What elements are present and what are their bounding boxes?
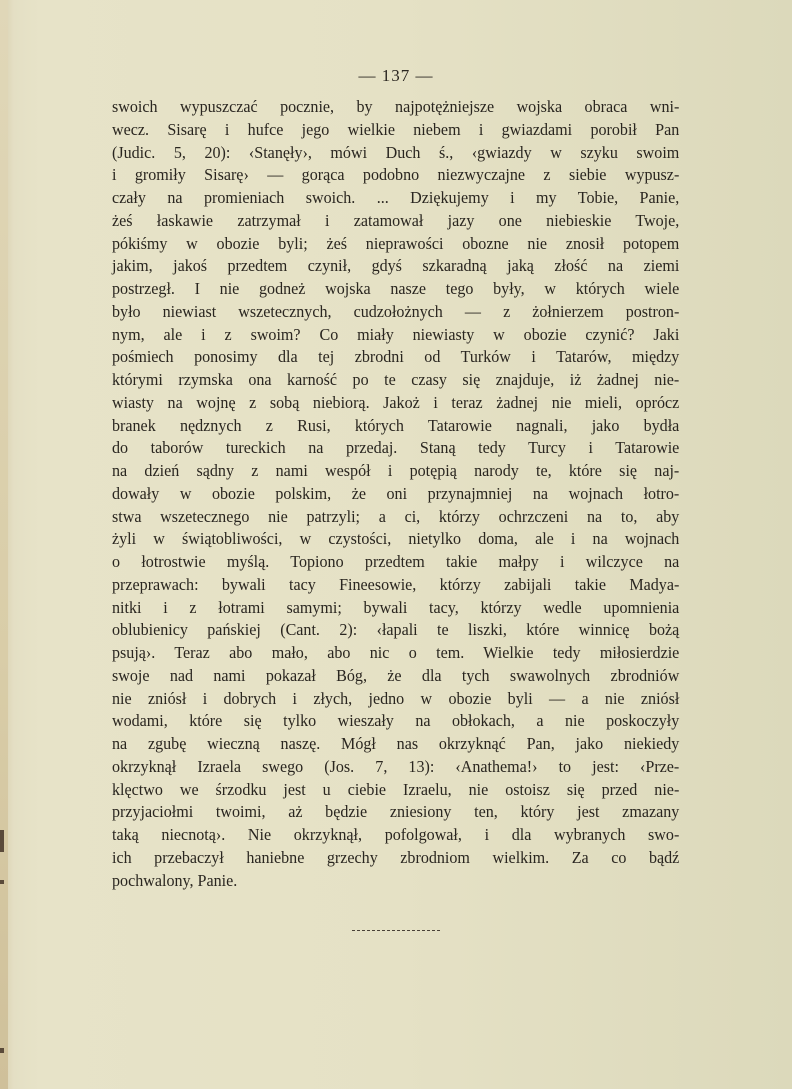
- text-line: wecz. Sisarę i hufce jego wielkie niebem…: [112, 119, 679, 142]
- edge-mark: [0, 880, 4, 884]
- text-line: ich przebaczył haniebne grzechy zbrodnio…: [112, 847, 679, 870]
- text-line: dowały w obozie polskim, że oni przynajm…: [112, 483, 679, 506]
- text-line: klęctwo we śrzodku jest u ciebie Izraelu…: [112, 779, 679, 802]
- text-line: jakim, jakoś przedtem czynił, gdyś szkar…: [112, 255, 679, 278]
- text-line: żeś łaskawie zatrzymał i zatamował jazy …: [112, 210, 679, 233]
- edge-mark: [0, 1048, 4, 1053]
- text-line: na dzień sądny z nami wespół i potępią n…: [112, 460, 679, 483]
- text-line: którymi rzymska ona karność po te czasy …: [112, 369, 679, 392]
- text-line: przeprawach: bywali tacy Fineesowie, któ…: [112, 574, 679, 597]
- scanned-page: — 137 — swoich wypuszczać pocznie, by na…: [0, 0, 792, 1089]
- text-line-last: pochwalony, Panie.: [112, 870, 679, 893]
- text-line: żyli w świątobliwości, w czystości, niet…: [112, 528, 679, 551]
- text-line: oblubienicy pańskiej (Cant. 2): ‹łapali …: [112, 619, 679, 642]
- text-line: psują›. Teraz abo mało, abo nic o tem. W…: [112, 642, 679, 665]
- text-line: okrzyknął Izraela swego (Jos. 7, 13): ‹A…: [112, 756, 679, 779]
- text-line: nitki i z łotrami samymi; bywali tacy, k…: [112, 597, 679, 620]
- text-line: na zgubę wieczną naszę. Mógł nas okrzykn…: [112, 733, 679, 756]
- text-line: pókiśmy w obozie byli; żeś nieprawości o…: [112, 233, 679, 256]
- edge-mark: [0, 830, 4, 852]
- text-line: i gromiły Sisarę› — gorąca podobno niezw…: [112, 164, 679, 187]
- text-line: o łotrostwie myślą. Topiono przedtem tak…: [112, 551, 679, 574]
- text-line: nie zniósł i dobrych i złych, jedno w ob…: [112, 688, 679, 711]
- text-line: taką niecnotą›. Nie okrzyknął, pofolgowa…: [112, 824, 679, 847]
- section-separator: [352, 930, 440, 931]
- text-line: wiasty na wojnę z sobą niebiorą. Jakoż i…: [112, 392, 679, 415]
- text-line: branek nędznych z Rusi, których Tatarowi…: [112, 415, 679, 438]
- text-line: (Judic. 5, 20): ‹Stanęły›, mówi Duch ś.,…: [112, 142, 679, 165]
- text-line: pośmiech ponosimy dla tej zbrodni od Tur…: [112, 346, 679, 369]
- text-line: nym, ale i z swoim? Co miały niewiasty w…: [112, 324, 679, 347]
- page-binding-edge: [0, 0, 8, 1089]
- text-line: do taborów tureckich na przedaj. Staną t…: [112, 437, 679, 460]
- text-line: swoje nad nami pokazał Bóg, że dla tych …: [112, 665, 679, 688]
- text-line: przyjacioł​mi twoimi, aż będzie zniesion…: [112, 801, 679, 824]
- text-line: czały na promieniach swoich. ... Dziękuj…: [112, 187, 679, 210]
- text-line: postrzegł. I nie godneż wojska nasze teg…: [112, 278, 679, 301]
- text-line: wodami, które się tylko wieszały na obło…: [112, 710, 679, 733]
- text-line: stwa wszetecznego nie patrzyli; a ci, kt…: [112, 506, 679, 529]
- page-number: — 137 —: [0, 66, 792, 86]
- text-line: było niewiast wszetecznych, cudzołożnych…: [112, 301, 679, 324]
- text-line: swoich wypuszczać pocznie, by najpotężni…: [112, 96, 679, 119]
- body-text: swoich wypuszczać pocznie, by najpotężni…: [112, 96, 680, 892]
